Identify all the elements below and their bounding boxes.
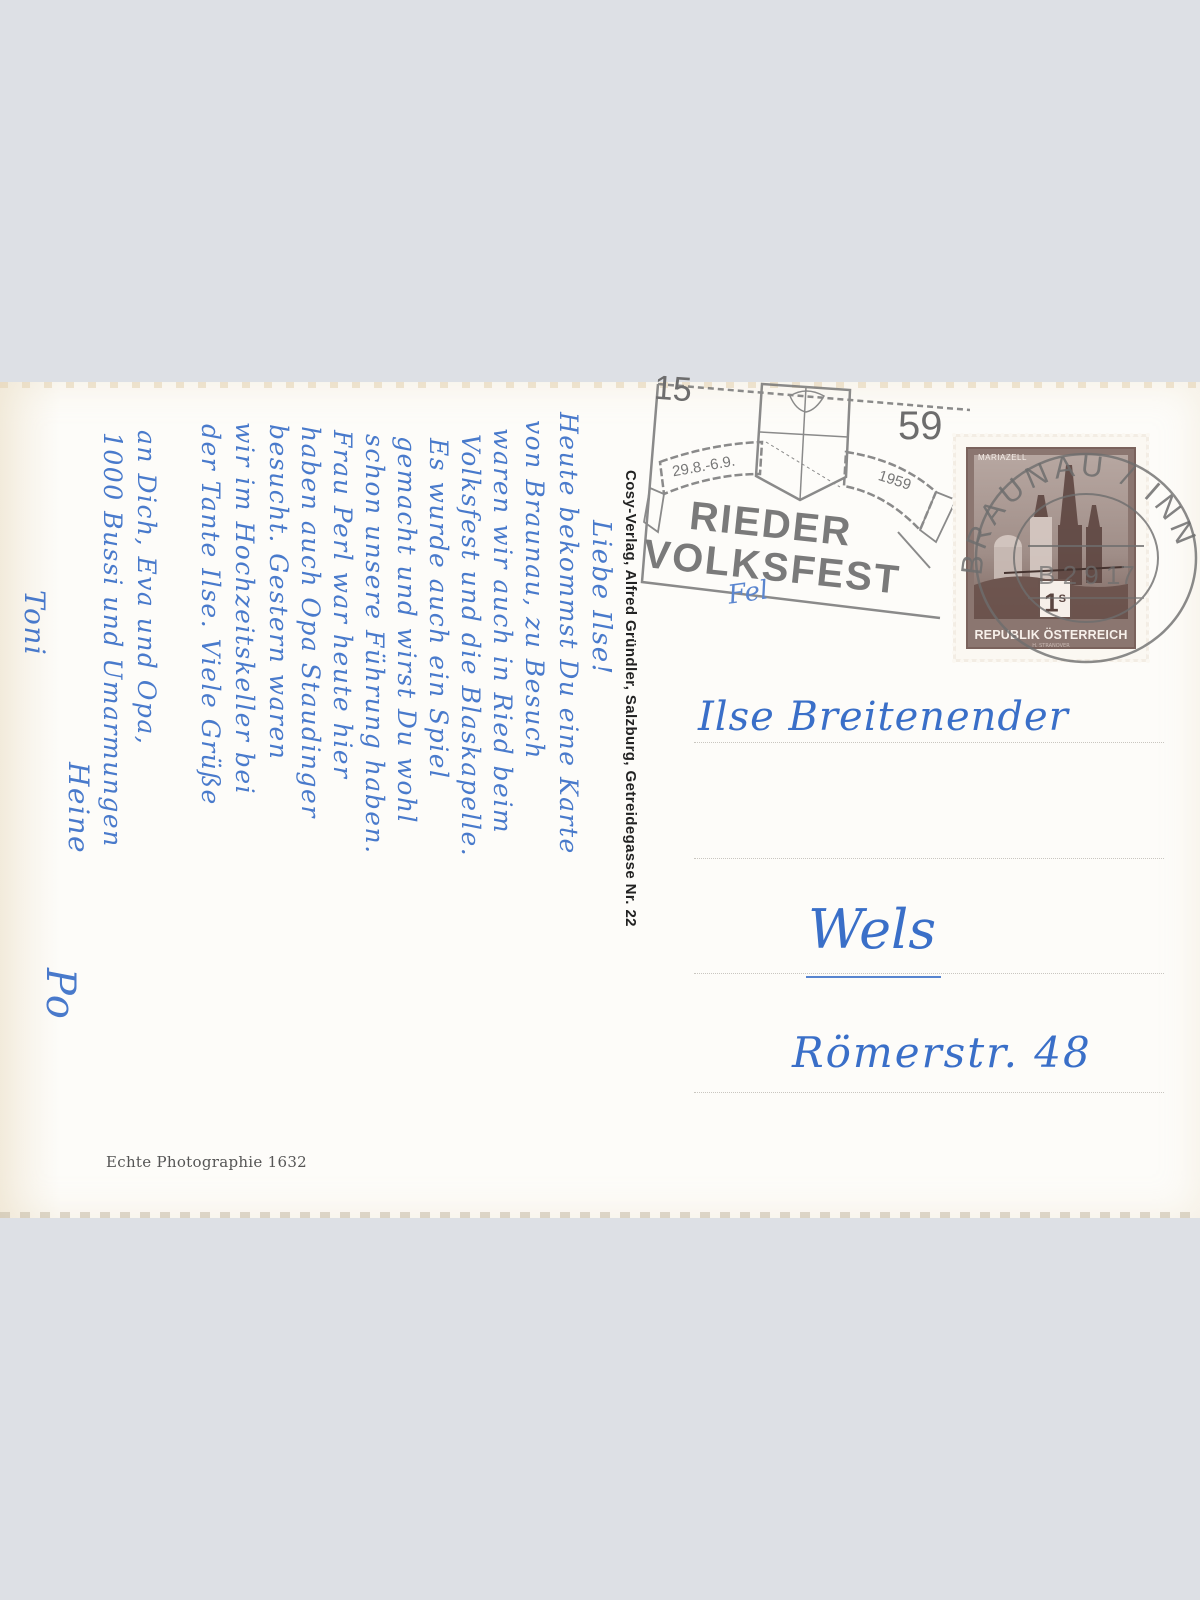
postmark-number-top: 15	[653, 369, 693, 411]
stamp-title: MARIAZELL	[978, 453, 1027, 462]
photo-label: Echte Photographie 1632	[106, 1153, 307, 1171]
stamp-value-number: 1	[1044, 588, 1058, 618]
postage-stamp: MARIAZELL 1S REPUBLIK ÖSTERREICH H. STRA…	[956, 437, 1146, 659]
message-line: gemacht und wirst Du wohl	[394, 436, 419, 824]
message-line: waren wir auch in Ried beim	[490, 428, 515, 834]
address-line	[694, 742, 1164, 743]
message-line: wir im Hochzeitskeller bei	[232, 422, 257, 795]
slogan-postmark: 15 59 29.8.-6.9. 1959 RIEDER VOLKSFEST	[640, 382, 970, 627]
postmark-number-right: 59	[898, 404, 943, 449]
message-line: der Tante Ilse. Viele Grüße	[198, 424, 223, 806]
message-line: an Dich, Eva und Opa,	[134, 430, 159, 745]
address-line	[694, 1092, 1164, 1093]
message-line: Es wurde auch ein Spiel	[426, 438, 451, 780]
message-line: Heute bekommst Du eine Karte	[556, 412, 581, 855]
handwritten-mark: Fel	[726, 575, 770, 610]
stamp-engraver: H. STRANOVER	[968, 643, 1134, 649]
city-underline	[806, 976, 941, 978]
message-line: Frau Perl war heute hier	[330, 430, 355, 779]
message-line: schon unsere Führung haben.	[362, 434, 387, 855]
signature: Heine	[64, 762, 92, 854]
message-line: von Braunau, zu Besuch	[522, 420, 547, 760]
address-name: Ilse Breitenender	[698, 694, 1069, 740]
address-city: Wels	[808, 898, 936, 961]
stamp-value: 1S	[1038, 579, 1072, 619]
message-line: haben auch Opa Staudinger	[298, 426, 323, 819]
signature: Toni	[20, 590, 48, 656]
address-line	[694, 973, 1164, 974]
stamp-currency: S	[1059, 593, 1066, 605]
message-greeting: Liebe Ilse!	[588, 520, 614, 676]
paper-stain	[0, 382, 60, 1218]
address-line	[694, 858, 1164, 859]
address-street: Römerstr. 48	[792, 1028, 1092, 1077]
message-line: 1000 Bussi und Umarmungen	[100, 432, 125, 848]
publisher-imprint: Cosy-Verlag, Alfred Gründler, Salzburg, …	[622, 470, 639, 927]
stamp-country: REPUBLIK ÖSTERREICH	[972, 628, 1130, 642]
signature-initial: Po	[40, 968, 80, 1020]
message-line: besucht. Gestern waren	[266, 424, 291, 760]
message-line: Volksfest und die Blaskapelle.	[458, 434, 483, 857]
